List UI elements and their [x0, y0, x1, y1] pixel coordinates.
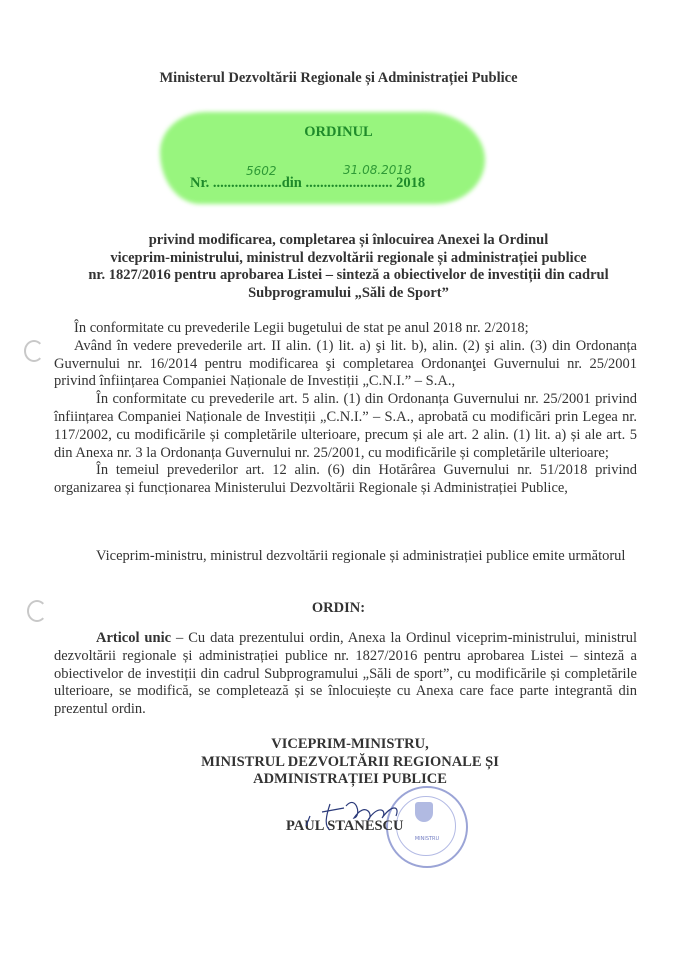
order-number-line: Nr. ...................din .............…	[190, 175, 425, 192]
order-subject: privind modificarea, completarea și înlo…	[60, 232, 637, 302]
order-title: ORDINUL	[0, 124, 677, 141]
coat-of-arms-icon	[415, 802, 433, 822]
stamp-text: MINISTRU	[388, 836, 466, 842]
document-page: Ministerul Dezvoltării Regionale și Admi…	[0, 0, 677, 960]
preamble-paragraph: În conformitate cu prevederile Legii bug…	[54, 320, 637, 338]
ordin-heading: ORDIN:	[0, 600, 677, 617]
subject-line: privind modificarea, completarea și înlo…	[60, 232, 637, 250]
order-year: 2018	[393, 175, 426, 191]
date-dots: ........................	[306, 175, 393, 191]
handwritten-order-number: 5602	[246, 164, 277, 178]
preamble-paragraph: Având în vedere prevederile art. II alin…	[54, 338, 637, 391]
punch-hole-mark	[24, 340, 44, 362]
ministry-header: Ministerul Dezvoltării Regionale și Admi…	[0, 70, 677, 87]
preamble-paragraph: În conformitate cu prevederile art. 5 al…	[54, 391, 637, 462]
issuer-statement: Viceprim-ministru, ministrul dezvoltării…	[54, 548, 637, 566]
din-label: din	[282, 175, 306, 191]
handwritten-signature	[296, 786, 406, 832]
nr-prefix: Nr.	[190, 175, 213, 191]
preamble-paragraph: În temeiul prevederilor art. 12 alin. (6…	[54, 462, 637, 498]
article-label: Articol unic	[96, 630, 171, 646]
subject-line: viceprim-ministrului, ministrul dezvoltă…	[60, 250, 637, 268]
handwritten-order-date: 31.08.2018	[343, 163, 412, 177]
subject-line: nr. 1827/2016 pentru aprobarea Listei – …	[60, 267, 637, 285]
subject-line: Subprogramului „Săli de Sport”	[60, 285, 637, 303]
article-paragraph: Articol unic – Cu data prezentului ordin…	[54, 630, 637, 719]
signatory-line: VICEPRIM-MINISTRU,	[150, 736, 550, 754]
signatory-title: VICEPRIM-MINISTRU, MINISTRUL DEZVOLTĂRII…	[150, 736, 550, 789]
issuer-statement-block: Viceprim-ministru, ministrul dezvoltării…	[54, 548, 637, 566]
signatory-line: MINISTRUL DEZVOLTĂRII REGIONALE ȘI	[150, 754, 550, 772]
preamble: În conformitate cu prevederile Legii bug…	[54, 320, 637, 498]
article-block: Articol unic – Cu data prezentului ordin…	[54, 630, 637, 719]
